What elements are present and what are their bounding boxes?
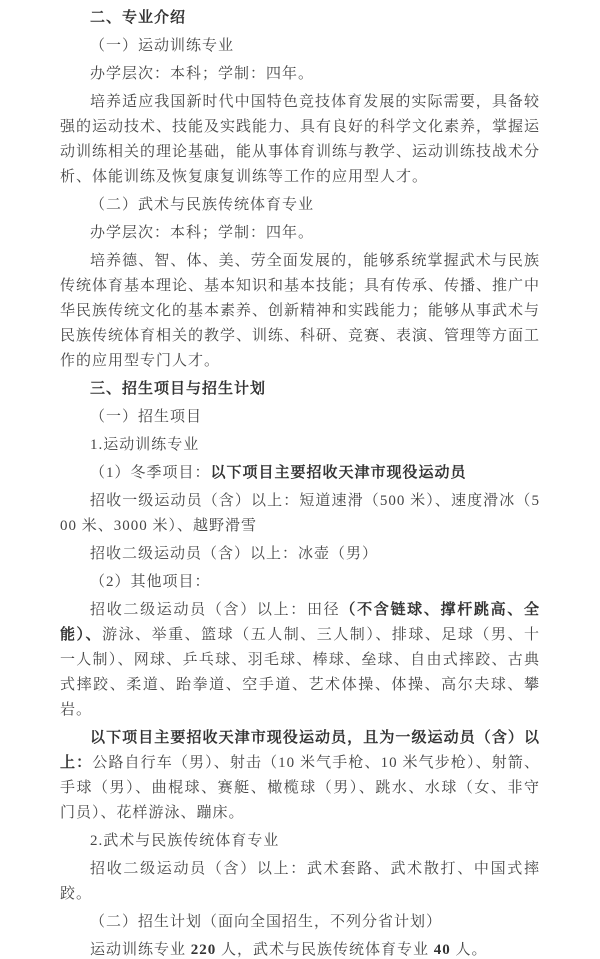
bold-text-segment: 三、招生项目与招生计划 [90,381,266,397]
text-segment: 公路自行车（男）、射击（10 米气手枪、10 米气步枪）、射箭、手球（男）、曲棍… [60,755,540,821]
para-level-duration-1: 办学层次：本科；学制：四年。 [60,62,540,87]
text-segment: （2）其他项目： [90,574,211,590]
para-major-2-label: 2.武术与民族传统体育专业 [60,829,540,854]
text-segment: 游泳、举重、篮球（五人制、三人制）、排球、足球（男、十一人制）、网球、乒乓球、羽… [60,627,540,718]
text-segment: （1）冬季项目： [90,465,211,481]
para-other-events-label: （2）其他项目： [60,570,540,595]
text-segment: 招收二级运动员（含）以上：武术套路、武术散打、中国式摔跤。 [60,861,540,902]
text-segment: 招收二级运动员（含）以上：冰壶（男） [90,546,378,562]
bold-text-segment: 二、专业介绍 [90,10,186,26]
para-sport-training-intro: 培养适应我国新时代中国特色竞技体育发展的实际需要，具备较强的运动技术、技能及实践… [60,90,540,190]
para-wushu-level2-athletes: 招收二级运动员（含）以上：武术套路、武术散打、中国式摔跤。 [60,857,540,907]
heading-section-3: 三、招生项目与招生计划 [60,377,540,402]
text-segment: 培养适应我国新时代中国特色竞技体育发展的实际需要，具备较强的运动技术、技能及实践… [60,94,540,185]
para-other-level2-athletes: 招收二级运动员（含）以上：田径（不含链球、撑杆跳高、全能）、游泳、举重、篮球（五… [60,598,540,723]
text-segment: 招收二级运动员（含）以上：田径 [90,602,340,618]
para-level-duration-2: 办学层次：本科；学制：四年。 [60,221,540,246]
text-segment: （二）招生计划（面向全国招生，不列分省计划） [90,914,442,930]
text-segment: （一）运动训练专业 [90,38,234,54]
text-segment: 招收一级运动员（含）以上：短道速滑（500 米）、速度滑冰（500 米、3000… [60,493,540,534]
text-segment: 2.武术与民族传统体育专业 [90,833,279,849]
para-enrollment-numbers: 运动训练专业 220 人，武术与民族传统体育专业 40 人。 [60,938,540,959]
para-winter-level1-athletes: 招收一级运动员（含）以上：短道速滑（500 米）、速度滑冰（500 米、3000… [60,489,540,539]
heading-section-2: 二、专业介绍 [60,6,540,31]
text-segment: 办学层次：本科；学制：四年。 [90,225,314,241]
para-tianjin-level1-athletes: 以下项目主要招收天津市现役运动员，且为一级运动员（含）以上：公路自行车（男）、射… [60,726,540,826]
document-body: 二、专业介绍（一）运动训练专业办学层次：本科；学制：四年。培养适应我国新时代中国… [60,6,540,959]
subheading-3-1-enrollment-events: （一）招生项目 [60,405,540,430]
para-winter-level2-athletes: 招收二级运动员（含）以上：冰壶（男） [60,542,540,567]
text-segment: 人。 [451,942,488,958]
text-segment: 1.运动训练专业 [90,437,199,453]
subheading-2-1-sport-training-major: （一）运动训练专业 [60,34,540,59]
bold-text-segment: 以下项目主要招收天津市现役运动员 [211,465,467,481]
para-wushu-intro: 培养德、智、体、美、劳全面发展的，能够系统掌握武术与民族传统体育基本理论、基本知… [60,249,540,374]
para-major-1-label: 1.运动训练专业 [60,433,540,458]
text-segment: （一）招生项目 [90,409,202,425]
text-segment: 培养德、智、体、美、劳全面发展的，能够系统掌握武术与民族传统体育基本理论、基本知… [60,253,540,369]
document-page: 二、专业介绍（一）运动训练专业办学层次：本科；学制：四年。培养适应我国新时代中国… [0,0,600,959]
text-segment: 办学层次：本科；学制：四年。 [90,66,314,82]
subheading-2-2-wushu-major: （二）武术与民族传统体育专业 [60,193,540,218]
bold-text-segment: 220 [191,942,217,958]
text-segment: 人，武术与民族传统体育专业 [216,942,434,958]
para-winter-events: （1）冬季项目：以下项目主要招收天津市现役运动员 [60,461,540,486]
text-segment: 运动训练专业 [90,942,191,958]
text-segment: （二）武术与民族传统体育专业 [90,197,314,213]
bold-text-segment: 40 [434,942,451,958]
subheading-3-2-enrollment-plan: （二）招生计划（面向全国招生，不列分省计划） [60,910,540,935]
